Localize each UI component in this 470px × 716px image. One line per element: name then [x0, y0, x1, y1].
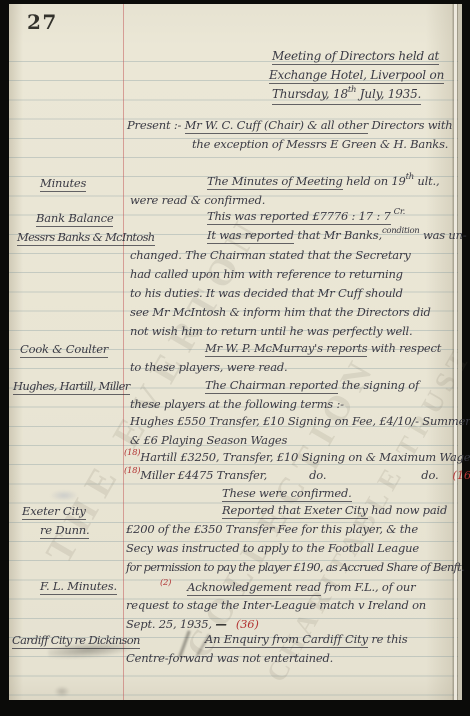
handwriting-segment: the exception of Messrs E Green & H. Ban…: [192, 137, 448, 151]
minutes-line-2: were read & confirmed.: [130, 193, 265, 207]
heading-line-2: Exchange Hotel, Liverpool on: [269, 68, 444, 84]
handwriting-segment: the signing of: [338, 378, 419, 392]
handwriting-segment: These were confirmed.: [222, 486, 352, 502]
signing-line-5: (18)Hartill £3250, Transfer, £10 Signing…: [124, 450, 470, 466]
margin-note-cardiff-dickinson: Cardiff City re Dickinson: [12, 633, 140, 647]
exeter-line-4: for permission to pay the player £190, a…: [126, 560, 464, 574]
handwriting-segment: request to stage the Inter-League match …: [126, 598, 426, 612]
margin-note-hughes-hartill-miller: Hughes, Hartill, Miller: [13, 379, 130, 393]
bank-balance-line: This was reported £7776 : 17 : 7Cr.: [207, 209, 405, 225]
handwriting-segment: was un-: [419, 228, 466, 242]
margin-note-exeter-city: Exeter City: [22, 504, 86, 518]
exeter-line-1: Reported that Exeter City had now paid: [222, 503, 447, 517]
handwriting-segment: Acknowledgement read: [187, 580, 321, 596]
handwriting-segment: (18): [124, 466, 140, 476]
signing-line-1: The Chairman reported the signing of: [205, 378, 419, 392]
handwriting-segment: Exeter City: [22, 504, 86, 520]
handwriting-segment: these players at the following terms :-: [130, 397, 344, 411]
handwriting-segment: Mr W. C. Cuff (Chair) & all other: [185, 118, 368, 134]
banks-line-1: It was reported that Mr Banks,condition …: [207, 228, 467, 244]
handwriting-segment: Hughes, Hartill, Miller: [13, 379, 130, 395]
handwriting-segment: th: [406, 172, 414, 182]
cardiff-line-1: An Enquiry from Cardiff City re this: [205, 632, 407, 646]
handwriting-segment: Centre-forward was not entertained.: [126, 651, 333, 665]
exeter-line-2: £200 of the £350 Transfer Fee for this p…: [126, 522, 418, 536]
handwriting-segment: An Enquiry from Cardiff City: [205, 632, 368, 648]
margin-note-fl-minutes: F. L. Minutes.: [40, 579, 117, 593]
margin-note-minutes: Minutes: [40, 176, 86, 190]
handwriting-segment: changed. The Chairman stated that the Se…: [130, 248, 411, 262]
handwriting-segment: Messrs Banks & McIntosh: [17, 230, 155, 246]
handwriting-segment: July, 1935.: [356, 87, 421, 101]
handwriting-segment: do.: [309, 468, 326, 482]
handwriting-segment: for permission to pay the player £190, a…: [126, 560, 464, 574]
handwriting-segment: re Dunn.: [40, 523, 89, 539]
handwriting-segment: Reported that Exeter City: [222, 503, 368, 519]
cook-line-2: to these players, were read.: [130, 360, 288, 374]
margin-note-cook-coulter: Cook & Coulter: [20, 342, 108, 356]
signing-line-7: These were confirmed.: [222, 486, 352, 500]
handwriting-segment: from F.L., of our: [321, 580, 415, 594]
handwriting-segment: had called upon him with reference to re…: [130, 267, 403, 281]
handwriting-segment: to his duties. It was decided that Mr Cu…: [130, 286, 403, 300]
handwriting-segment: Cardiff City re Dickinson: [12, 633, 140, 649]
handwriting-segment: had now paid: [368, 503, 447, 517]
handwriting-segment: with respect: [367, 341, 441, 355]
handwriting-segment: The Minutes of Meeting: [207, 174, 343, 190]
handwriting-segment: Sept. 25, 1935,: [126, 617, 215, 631]
handwriting-segment: Thursday, 18: [272, 87, 348, 101]
handwriting-segment: see Mr McIntosh & inform him that the Di…: [130, 305, 431, 319]
margin-note-bank-balance: Bank Balance: [36, 211, 113, 225]
handwriting-segment: Directors with: [368, 118, 452, 132]
handwriting-segment: condition: [382, 226, 420, 236]
heading-line-3: Thursday, 18th July, 1935.: [272, 87, 421, 105]
handwriting-segment: Miller £4475 Transfer,: [140, 468, 267, 482]
minutes-line-1: The Minutes of Meeting held on 19th ult.…: [207, 174, 439, 190]
handwriting-segment: Minutes: [40, 176, 86, 192]
signing-line-3: Hughes £550 Transfer, £10 Signing on Fee…: [130, 414, 470, 428]
handwriting-segment: that Mr Banks,: [294, 228, 382, 242]
handwriting-segment: & £6 Playing Season Wages: [130, 433, 287, 447]
handwriting-segment: (160): [452, 468, 470, 482]
margin-note-re-dunn: re Dunn.: [40, 523, 89, 537]
signing-line-2: these players at the following terms :-: [130, 397, 344, 411]
handwritten-text-layer: Meeting of Directors held atExchange Hot…: [0, 0, 470, 716]
handwriting-segment: The Chairman reported: [205, 378, 338, 394]
fl-line-2: request to stage the Inter-League match …: [126, 598, 426, 612]
signing-line-4: & £6 Playing Season Wages: [130, 433, 287, 447]
handwriting-segment: (2): [160, 578, 171, 588]
handwriting-segment: Cook & Coulter: [20, 342, 108, 358]
signing-line-6: (18)Miller £4475 Transfer,do.do.(160): [124, 468, 470, 484]
fl-line-3: Sept. 25, 1935, —(36): [126, 617, 259, 631]
handwriting-segment: Cr.: [394, 207, 405, 217]
handwriting-segment: (36): [236, 617, 259, 631]
banks-line-3: had called upon him with reference to re…: [130, 267, 403, 281]
handwriting-segment: re this: [368, 632, 408, 646]
handwriting-segment: were read & confirmed.: [130, 193, 265, 207]
handwriting-segment: —: [215, 617, 226, 631]
handwriting-segment: Meeting of Directors held at: [272, 49, 439, 63]
banks-line-2: changed. The Chairman stated that the Se…: [130, 248, 411, 262]
handwriting-segment: to these players, were read.: [130, 360, 288, 374]
handwriting-segment: Mr W. P. McMurray's reports: [205, 341, 367, 357]
scanned-minute-book-page: THE EVERTON COLLECTION CHARITABLE TRUST …: [0, 0, 470, 716]
fl-line-1: (2)Acknowledgement read from F.L., of ou…: [160, 580, 415, 596]
handwriting-segment: Secy was instructed to apply to the Foot…: [126, 541, 419, 555]
present-line-2: the exception of Messrs E Green & H. Ban…: [192, 137, 448, 151]
handwriting-segment: F. L. Minutes.: [40, 579, 117, 595]
handwriting-segment: held on 19: [343, 174, 406, 188]
banks-line-4: to his duties. It was decided that Mr Cu…: [130, 286, 403, 300]
handwriting-segment: This was reported £7776 : 17 : 7: [207, 209, 391, 225]
handwriting-segment: do.: [421, 468, 438, 482]
cardiff-line-2: Centre-forward was not entertained.: [126, 651, 333, 665]
handwriting-segment: ult.,: [414, 174, 439, 188]
handwriting-segment: Present :-: [127, 118, 185, 132]
handwriting-segment: It was reported: [207, 228, 294, 244]
present-line-1: Present :- Mr W. C. Cuff (Chair) & all o…: [127, 118, 453, 132]
exeter-line-3: Secy was instructed to apply to the Foot…: [126, 541, 419, 555]
cook-line-1: Mr W. P. McMurray's reports with respect: [205, 341, 441, 355]
handwriting-segment: th: [348, 85, 356, 95]
handwriting-segment: Hughes £550 Transfer, £10 Signing on Fee…: [130, 414, 470, 428]
handwriting-segment: (18): [124, 448, 140, 458]
handwriting-segment: Exchange Hotel, Liverpool on: [269, 68, 444, 82]
handwriting-segment: Bank Balance: [36, 211, 113, 227]
handwriting-segment: Hartill £3250, Transfer, £10 Signing on …: [140, 450, 470, 464]
banks-line-5: see Mr McIntosh & inform him that the Di…: [130, 305, 431, 319]
handwriting-segment: not wish him to return until he was perf…: [130, 324, 412, 338]
handwriting-segment: £200 of the £350 Transfer Fee for this p…: [126, 522, 418, 536]
heading-line-1: Meeting of Directors held at: [272, 49, 439, 65]
banks-line-6: not wish him to return until he was perf…: [130, 324, 412, 338]
margin-note-banks-mcintosh: Messrs Banks & McIntosh: [17, 230, 155, 244]
